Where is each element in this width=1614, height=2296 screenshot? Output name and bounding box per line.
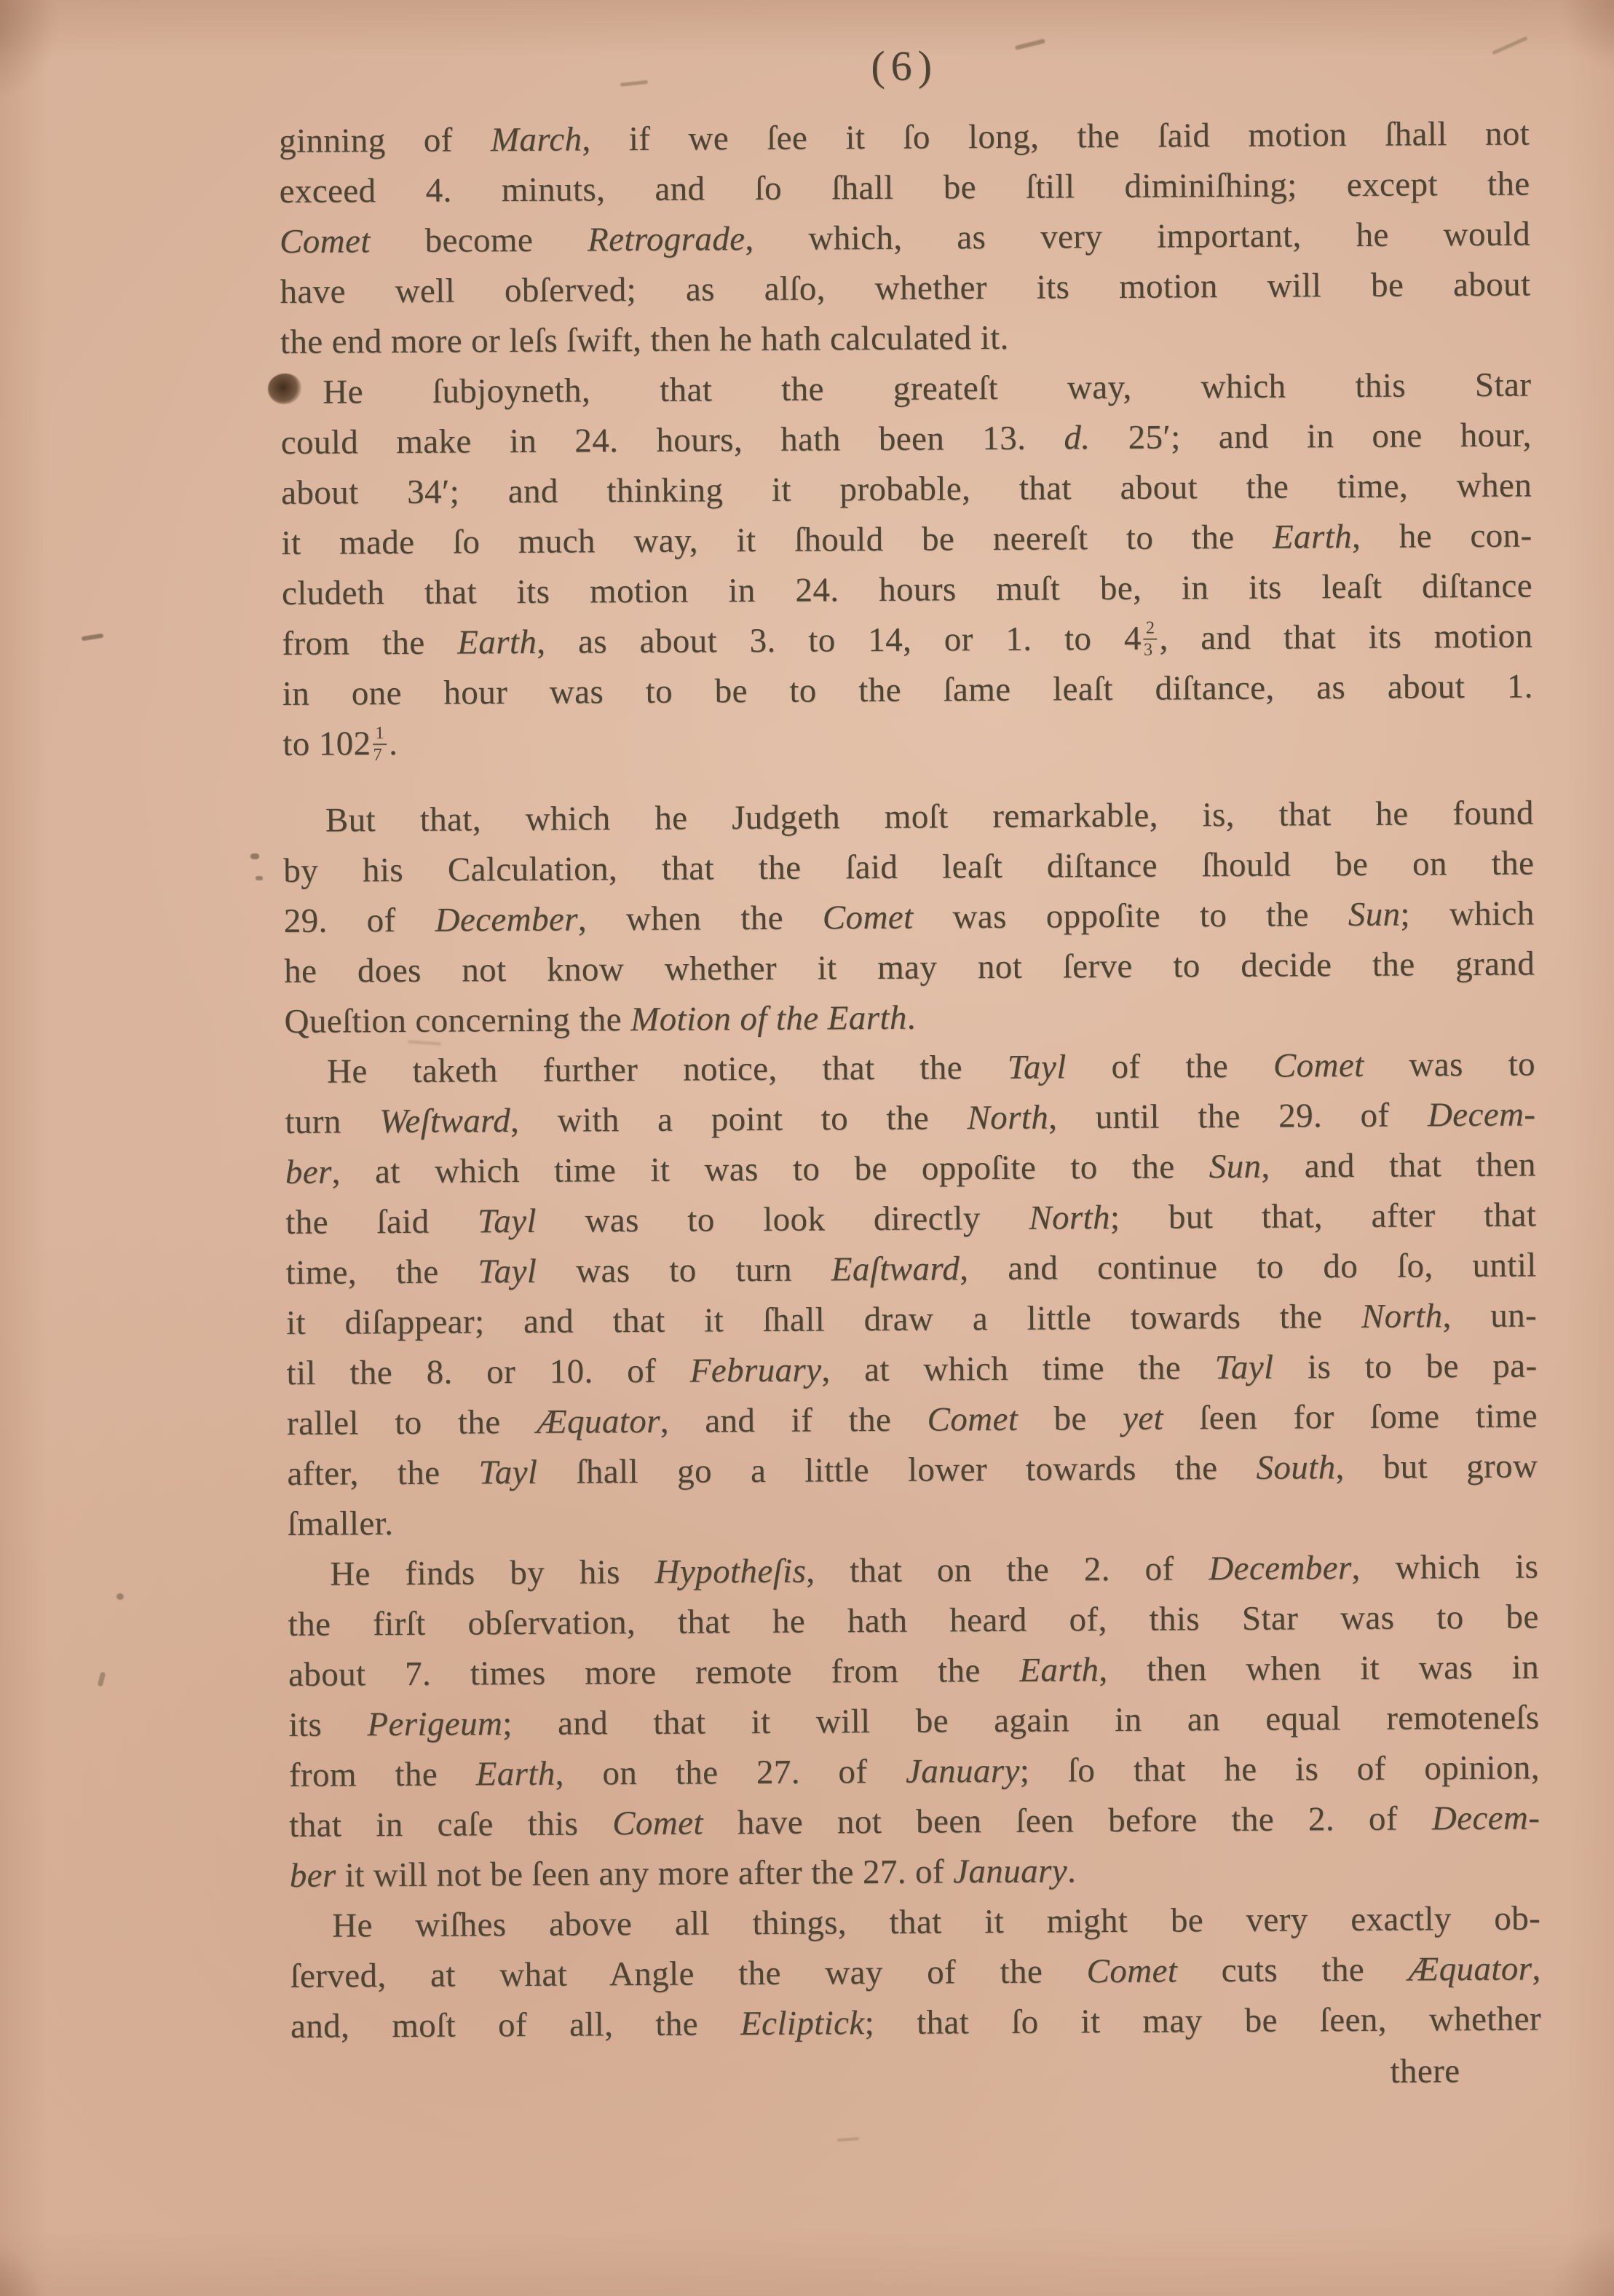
body-text: , at which time the xyxy=(821,1349,1215,1389)
text-line: have well obſerved; as alſo, whether its… xyxy=(280,260,1530,317)
text-line: by his Calculation, that the ſaid leaſt … xyxy=(283,838,1534,896)
body-text: , he con- xyxy=(1352,516,1532,556)
body-text: was oppoſite to the xyxy=(913,896,1348,936)
fraction: 17 xyxy=(373,725,387,765)
text-line: But that, which he Judgeth moſt remarkab… xyxy=(283,788,1534,845)
italic-text: Earth xyxy=(1019,1651,1099,1689)
italic-text: January xyxy=(906,1752,1020,1791)
body-text: he does not know whether it may not ſerv… xyxy=(284,944,1535,990)
body-text: in one hour was to be to the ſame leaſt … xyxy=(282,667,1533,712)
body-text: He finds by his xyxy=(330,1553,655,1593)
body-text: about 34′; and thinking it probable, tha… xyxy=(281,466,1532,511)
italic-text: Æquator xyxy=(1408,1950,1532,1989)
text-line: He finds by his Hypotheſis, that on the … xyxy=(288,1542,1538,1599)
body-text: turn xyxy=(285,1102,379,1141)
italic-text: Tayl xyxy=(478,1252,537,1290)
body-text: , at which time it was to be oppoſite to… xyxy=(332,1148,1209,1191)
text-line: about 7. times more remote from the Eart… xyxy=(288,1642,1539,1700)
body-text: ; ſo that he is of opinion, xyxy=(1020,1748,1540,1789)
text-line: ber, at which time it was to be oppoſite… xyxy=(285,1140,1536,1197)
body-text: was to xyxy=(1364,1045,1535,1084)
body-text: time, the xyxy=(286,1252,478,1292)
body-text: , but grow xyxy=(1335,1447,1538,1486)
body-text: ; that ſo it may be ſeen, whether xyxy=(864,2000,1541,2042)
body-text: be xyxy=(1018,1400,1123,1438)
italic-text: Decem- xyxy=(1432,1799,1540,1837)
text-line: exceed 4. minuts, and ſo ſhall be ſtill … xyxy=(279,159,1530,217)
margin-dot-mark xyxy=(116,1593,124,1600)
italic-text: North xyxy=(1361,1297,1443,1336)
body-text: ſeen for ſome time xyxy=(1163,1397,1538,1437)
italic-text: d. xyxy=(1064,419,1090,457)
text-line: ſmaller. xyxy=(288,1491,1538,1549)
paragraph: He taketh further notice, that the Tayl … xyxy=(285,1039,1538,1549)
body-text: , and continue to do ſo, until xyxy=(960,1246,1537,1287)
body-text: , that on the 2. of xyxy=(806,1550,1208,1590)
text-line: the firſt obſervation, that he hath hear… xyxy=(288,1592,1538,1649)
body-text: , as about 3. to 14, or 1. to 4 xyxy=(537,620,1142,661)
text-line: after, the Tayl ſhall go a little lower … xyxy=(287,1441,1538,1499)
italic-text: Comet xyxy=(927,1400,1018,1439)
body-text: the ſaid xyxy=(285,1202,478,1242)
body-text: it made ſo much way, it ſhould be neereſ… xyxy=(281,518,1273,562)
body-text: was to look directly xyxy=(537,1199,1029,1240)
text-line: the end more or leſs ſwift, then he hath… xyxy=(280,310,1531,368)
text-line: ber it will not be ſeen any more after t… xyxy=(290,1843,1540,1901)
italic-text: ber xyxy=(285,1153,332,1191)
body-text: 29. of xyxy=(284,902,435,940)
margin-quote-mark xyxy=(98,1671,106,1687)
italic-text: yet xyxy=(1123,1400,1163,1437)
text-line: He taketh further notice, that the Tayl … xyxy=(285,1039,1535,1097)
text-line: 29. of December, when the Comet was oppo… xyxy=(284,888,1535,946)
italic-text: Weſtward xyxy=(379,1102,510,1140)
italic-text: Ecliptick xyxy=(740,2004,865,2043)
body-text: have not been ſeen before the 2. of xyxy=(703,1799,1432,1842)
italic-text: Decem- xyxy=(1428,1095,1536,1134)
italic-text: North xyxy=(1029,1199,1110,1237)
body-text: it diſappear; and that it ſhall draw a l… xyxy=(286,1298,1361,1342)
italic-text: Comet xyxy=(1086,1952,1177,1991)
body-text: ſmaller. xyxy=(288,1504,394,1543)
body-text: , xyxy=(1532,1949,1540,1987)
body-text: about 7. times more remote from the xyxy=(288,1652,1020,1694)
body-text: cludeth that its motion in 24. hours muſ… xyxy=(282,567,1532,612)
italic-text: Retrograde xyxy=(588,220,745,259)
body-text: by his Calculation, that the ſaid leaſt … xyxy=(283,844,1534,889)
body-text: . xyxy=(1067,1852,1076,1890)
body-text: from the xyxy=(282,624,457,663)
italic-text: Perigeum xyxy=(367,1705,502,1743)
italic-text: ber xyxy=(290,1857,336,1895)
italic-text: Comet xyxy=(1273,1046,1364,1085)
body-text: , on the 27. of xyxy=(555,1753,906,1793)
body-text: 25′; and in one hour, xyxy=(1090,416,1532,457)
italic-text: Tayl xyxy=(478,1453,537,1491)
body-text: rallel to the xyxy=(287,1403,537,1443)
body-text: and, moſt of all, the xyxy=(290,2005,740,2046)
book-page-scan: (6) ginning of March, if we ſee it ſo lo… xyxy=(0,0,1614,2296)
italic-text: Æquator xyxy=(537,1403,660,1441)
body-text: til the 8. or 10. of xyxy=(286,1352,689,1392)
paragraph: He ſubjoyneth, that the greateſt way, wh… xyxy=(280,360,1533,769)
text-line: Queſtion concerning the Motion of the Ea… xyxy=(284,989,1535,1046)
text-line: til the 8. or 10. of February, at which … xyxy=(286,1341,1537,1398)
body-text: of the xyxy=(1067,1047,1274,1086)
italic-text: Sun xyxy=(1209,1148,1262,1186)
italic-text: Motion of the Earth xyxy=(630,999,907,1038)
text-line: from the Earth, on the 27. of January; ſ… xyxy=(289,1743,1540,1800)
text-line: and, moſt of all, the Ecliptick; that ſo… xyxy=(290,1994,1541,2051)
body-text: have well obſerved; as alſo, whether its… xyxy=(280,266,1530,311)
italic-text: Tayl xyxy=(1214,1349,1273,1386)
text-line: ſerved, at what Angle the way of the Com… xyxy=(290,1944,1540,2001)
italic-text: North xyxy=(967,1099,1048,1137)
body-text: , which, as very important, he would xyxy=(745,216,1530,259)
italic-text: Hypotheſis xyxy=(654,1553,806,1591)
italic-text: Comet xyxy=(280,222,371,261)
text-line: it made ſo much way, it ſhould be neereſ… xyxy=(281,510,1532,568)
paragraph: ginning of March, if we ſee it ſo long, … xyxy=(279,109,1531,368)
body-text: exceed 4. minuts, and ſo ſhall be ſtill … xyxy=(279,165,1530,210)
body-text: , with a point to the xyxy=(510,1099,968,1140)
margin-dash-mark xyxy=(82,634,104,642)
body-text: He taketh further notice, that the xyxy=(327,1049,1008,1091)
body-text: after, the xyxy=(287,1453,478,1493)
paragraph: He wiſhes above all things, that it migh… xyxy=(290,1893,1541,2051)
italic-text: Earth xyxy=(475,1755,555,1794)
body-text: . xyxy=(907,999,916,1037)
body-text: , and that then xyxy=(1261,1145,1536,1185)
body-text: it will not be ſeen any more after the 2… xyxy=(336,1853,953,1894)
italic-text: December xyxy=(435,901,578,939)
catchword-line: there xyxy=(290,2046,1541,2103)
text-line: time, the Tayl was to turn Eaſtward, and… xyxy=(285,1240,1536,1298)
italic-text: December xyxy=(1208,1549,1352,1587)
italic-text: Tayl xyxy=(478,1202,537,1240)
body-text: , then when it was in xyxy=(1099,1648,1539,1689)
body-text: ; and that it will be again in an equal … xyxy=(502,1698,1539,1743)
body-text: He wiſhes above all things, that it migh… xyxy=(332,1899,1540,1944)
italic-text: January xyxy=(953,1852,1067,1890)
italic-text: March xyxy=(491,120,582,159)
text-line: cludeth that its motion in 24. hours muſ… xyxy=(282,561,1532,618)
text-line: turn Weſtward, with a point to the North… xyxy=(285,1089,1535,1147)
body-text: is to be pa- xyxy=(1273,1346,1537,1386)
italic-text: Eaſtward xyxy=(831,1250,960,1288)
body-text: the firſt obſervation, that he hath hear… xyxy=(288,1598,1538,1643)
body-text: that in caſe this xyxy=(289,1804,612,1845)
text-line: in one hour was to be to the ſame leaſt … xyxy=(282,661,1533,719)
body-text: was to turn xyxy=(537,1250,831,1290)
body-text: But that, which he Judgeth moſt remarkab… xyxy=(325,794,1534,839)
paragraph: But that, which he Judgeth moſt remarkab… xyxy=(283,788,1535,1046)
body-text: He ſubjoyneth, that the greateſt way, wh… xyxy=(323,366,1531,411)
text-body: ginning of March, if we ſee it ſo long, … xyxy=(279,109,1542,2104)
text-line: from the Earth, as about 3. to 14, or 1.… xyxy=(282,611,1532,668)
body-text: could make in 24. hours, hath been 13. xyxy=(281,419,1064,462)
text-line: He ſubjoyneth, that the greateſt way, wh… xyxy=(280,360,1531,417)
italic-text: South xyxy=(1256,1448,1335,1487)
page-number: (6) xyxy=(279,38,1530,94)
fraction: 23 xyxy=(1144,620,1158,660)
body-text: ; but that, after that xyxy=(1110,1196,1537,1236)
text-line: about 34′; and thinking it probable, tha… xyxy=(281,460,1532,518)
text-line: Comet become Retrograde, which, as very … xyxy=(280,210,1530,267)
body-text: , and that its motion xyxy=(1159,617,1532,657)
body-text: , until the 29. of xyxy=(1048,1096,1428,1136)
body-text: the end more or leſs ſwift, then he hath… xyxy=(280,319,1009,361)
body-text: cuts the xyxy=(1177,1951,1408,1990)
text-line: it diſappear; and that it ſhall draw a l… xyxy=(286,1290,1537,1348)
text-line: he does not know whether it may not ſerv… xyxy=(284,939,1535,996)
body-text: . xyxy=(389,725,397,762)
italic-text: Earth xyxy=(1273,518,1352,556)
text-line: could make in 24. hours, hath been 13. d… xyxy=(281,410,1532,468)
body-text: , which is xyxy=(1351,1547,1538,1587)
body-text: , and if the xyxy=(660,1401,927,1440)
body-text: ſhall go a little lower towards the xyxy=(537,1449,1256,1491)
body-text: Queſtion concerning the xyxy=(284,1001,630,1041)
body-text: its xyxy=(288,1705,367,1744)
text-line: its Perigeum; and that it will be again … xyxy=(288,1692,1539,1750)
body-text: from the xyxy=(289,1755,476,1794)
text-line: the ſaid Tayl was to look directly North… xyxy=(285,1190,1536,1247)
stray-scratch xyxy=(837,2137,859,2142)
italic-text: Earth xyxy=(457,623,537,662)
text-line: rallel to the Æquator, and if the Comet … xyxy=(287,1391,1538,1448)
margin-colon-mark xyxy=(250,853,259,859)
body-text: , if we ſee it ſo long, the ſaid motion … xyxy=(582,115,1530,159)
paragraph: He finds by his Hypotheſis, that on the … xyxy=(288,1542,1540,1901)
catchword: there xyxy=(1390,2052,1460,2091)
text-line: ginning of March, if we ſee it ſo long, … xyxy=(279,109,1530,167)
italic-text: Comet xyxy=(823,899,914,937)
body-text: , when the xyxy=(578,899,823,938)
body-text: become xyxy=(371,221,588,260)
body-text: ; which xyxy=(1400,894,1535,933)
text-line: that in caſe this Comet have not been ſe… xyxy=(289,1793,1540,1850)
italic-text: Sun xyxy=(1348,896,1401,934)
text-line: to 10217. xyxy=(282,711,1533,769)
body-text: , un- xyxy=(1442,1296,1537,1335)
body-text: to 102 xyxy=(282,725,371,763)
italic-text: Tayl xyxy=(1008,1048,1067,1086)
italic-text: February xyxy=(690,1351,822,1389)
italic-text: Comet xyxy=(612,1804,703,1842)
body-text: ginning of xyxy=(279,121,491,160)
text-line: He wiſhes above all things, that it migh… xyxy=(290,1893,1540,1951)
body-text: ſerved, at what Angle the way of the xyxy=(290,1952,1086,1995)
